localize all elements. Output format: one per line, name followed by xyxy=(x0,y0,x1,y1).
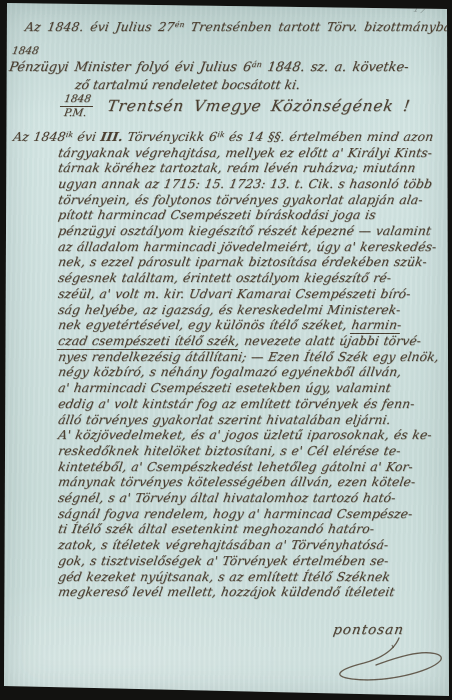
manuscript-line: reskedőknek hitelöket biztosítani, s e' … xyxy=(57,443,440,459)
manuscript-line: tárgyaknak végrehajtása, mellyek ez előt… xyxy=(57,145,440,161)
manuscript-line: mánynak törvényes kötelességében állván,… xyxy=(57,474,440,490)
manuscript-line: A' közjövedelmeket, és a' jogos üzletű i… xyxy=(57,427,440,443)
manuscript-line: széül, a' volt m. kir. Udvari Kamarai Cs… xyxy=(57,286,440,302)
manuscript-line: gok, s tisztviselőségek a' Törvények ért… xyxy=(57,553,440,569)
manuscript-line: törvényein, és folytonos törvényes gyako… xyxy=(57,192,440,208)
manuscript-line: a' harmincadi Csempészeti esetekben úgy,… xyxy=(57,380,440,396)
manuscript-line: nek, s ezzel párosult iparnak biztosítás… xyxy=(57,254,440,270)
manuscript-line: nek egyetértésével, egy különös ítélő sz… xyxy=(57,317,440,333)
manuscript-line: ti Ítélő szék által esetenkint meghozand… xyxy=(57,521,440,537)
minister-intro-continuation: ző tartalmú rendeletet bocsátott ki. xyxy=(74,77,301,92)
manuscript-line: négy közbíró, s néhány fogalmazó egyének… xyxy=(57,364,440,380)
catchword-pontosan: pontosan xyxy=(332,622,405,638)
manuscript-line: pított harmincad Csempészeti bíráskodási… xyxy=(57,207,440,223)
minister-intro-line: Pénzügyi Minister folyó évi Julius 6án 1… xyxy=(8,60,410,75)
manuscript-line: az álladalom harmincadi jövedelmeiért, ú… xyxy=(57,239,440,255)
manuscript-line: tárnak köréhez tartoztak, reám lévén ruh… xyxy=(57,160,440,176)
manuscript-line: megkereső levél mellett, hozzájok külden… xyxy=(57,584,440,600)
manuscript-line: ségnél, s a' Törvény által hivatalomhoz … xyxy=(57,490,440,506)
manuscript-line: géd kezeket nyújtsanak, s az említett Ít… xyxy=(57,569,440,585)
manuscript-line: eddig a' volt kintstár fog az említett t… xyxy=(57,396,440,412)
manuscript-line: ségesnek találtam, érintett osztályom ki… xyxy=(57,270,440,286)
manuscript-line: ugyan annak az 1715: 15. 1723: 13. t. Ci… xyxy=(57,176,440,192)
file-reference-fraction: 1848 P.M. xyxy=(58,94,95,119)
registry-annotation-line: Az 1848. évi Julius 27én Trentsénben tar… xyxy=(24,20,452,34)
manuscript-line: zatok, s ítéletek végrehajtásában a' Tör… xyxy=(57,537,440,553)
pencil-corner-mark: 17 xyxy=(412,3,427,17)
document-page: 17 Az 1848. évi Julius 27én Trentsénben … xyxy=(0,0,452,700)
letter-body: Az 1848ik évi III. Törvénycikk 6ik és 14… xyxy=(57,127,438,600)
photo-background: 17 Az 1848. évi Julius 27én Trentsénben … xyxy=(0,0,452,700)
margin-year: 1848 xyxy=(11,45,40,57)
reference-number: 1848 xyxy=(60,94,95,107)
manuscript-line: kintetéből, a' Csempészkedést lehetőleg … xyxy=(57,459,440,475)
manuscript-line: pénzügyi osztályom kiegészítő részét kép… xyxy=(57,223,440,239)
manuscript-line: álló törvényes gyakorlat szerint hivatal… xyxy=(57,412,440,428)
salutation-line: Trentsén Vmegye Közönségének ! xyxy=(106,97,412,115)
manuscript-line: ságnál fogva rendelem, hogy a' harmincad… xyxy=(57,506,440,522)
manuscript-line: nyes rendelkezésig átállítani; — Ezen Ít… xyxy=(57,349,440,365)
reference-office: P.M. xyxy=(58,107,93,119)
manuscript-line: Az 1848ik évi III. Törvénycikk 6ik és 14… xyxy=(12,127,440,145)
manuscript-line: ság helyébe, az igazság, és kereskedelmi… xyxy=(57,302,440,318)
manuscript-line: czad csempészeti ítélő szék, nevezete al… xyxy=(57,333,440,349)
